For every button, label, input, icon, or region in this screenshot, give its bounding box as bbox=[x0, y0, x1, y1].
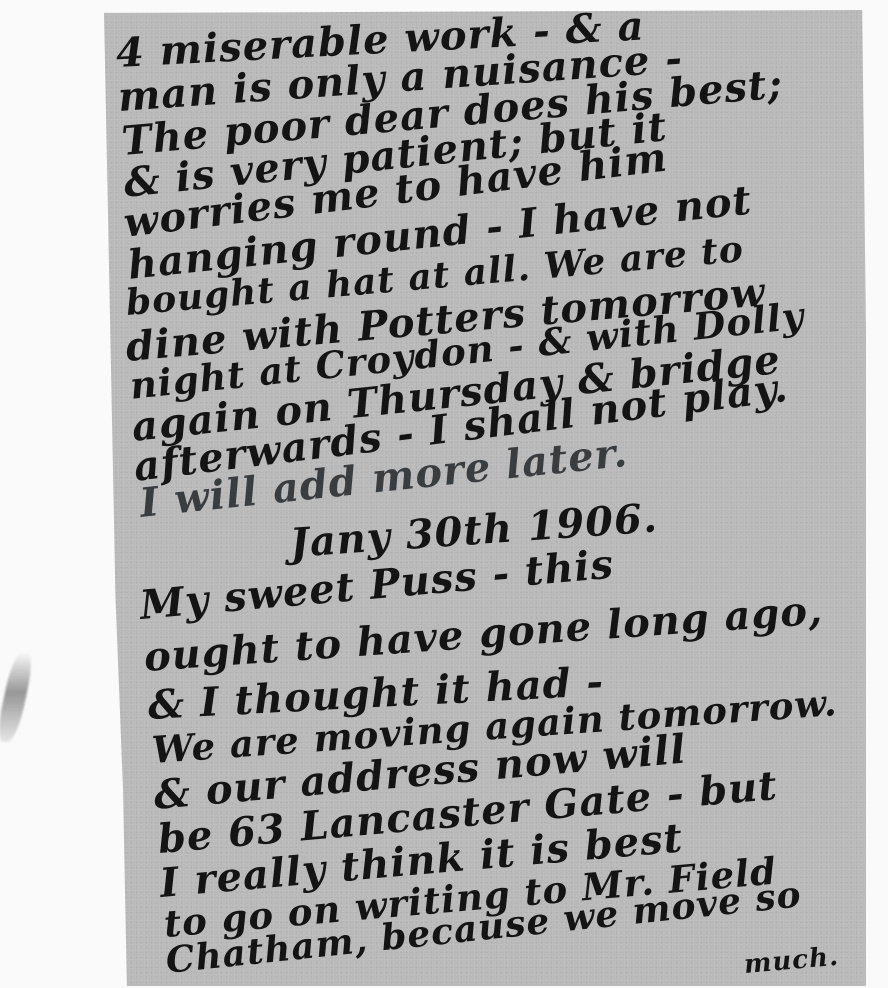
ink-smudge bbox=[0, 652, 36, 742]
scanned-page: 4 miserable work - & a man is only a nui… bbox=[0, 0, 888, 988]
letter-line-23: much. bbox=[743, 942, 840, 980]
letter-sheet: 4 miserable work - & a man is only a nui… bbox=[104, 10, 866, 986]
